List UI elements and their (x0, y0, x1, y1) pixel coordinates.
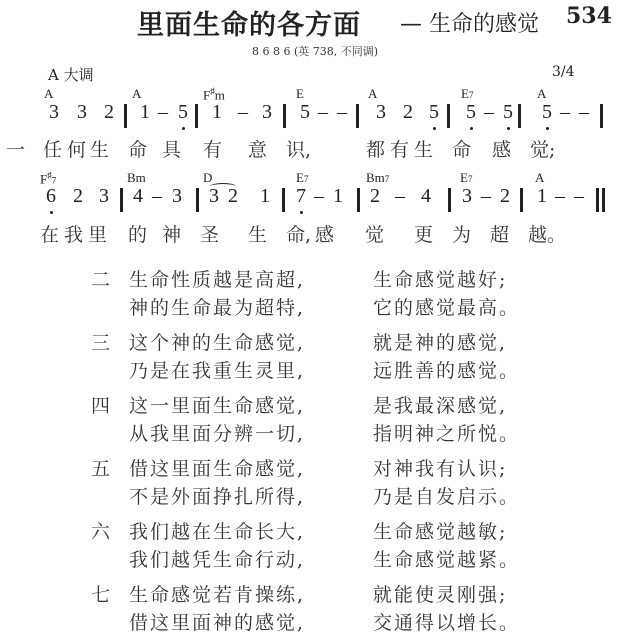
note-number: 3 (262, 101, 272, 124)
lyric-syllable: 识, (286, 135, 311, 162)
meter-info: 8 6 8 6 (英 738, 不同调) (0, 43, 630, 59)
dash-note: – (152, 185, 162, 208)
lyric-syllable: 感 (492, 135, 511, 162)
lower-octave-dot (470, 127, 473, 130)
chord-symbol: Bm (127, 170, 146, 186)
chord-symbol: A (132, 86, 141, 102)
lyric-syllable: 命 (452, 135, 471, 162)
bar-line (196, 188, 199, 212)
lyric-syllable: 感 (315, 220, 334, 247)
note-number: 4 (133, 185, 143, 208)
lyric-syllable: 有 (203, 135, 222, 162)
verse-number: 二 (91, 265, 110, 292)
lyric-syllable: 超 (490, 220, 509, 247)
verse-line-first-half: 生命性质越是高超, (129, 265, 305, 292)
note-number: 3 (49, 101, 59, 124)
lower-octave-dot (300, 211, 303, 214)
lyric-syllable: 生 (90, 135, 109, 162)
verse-line-second-half: 远胜善的感觉。 (373, 356, 520, 383)
bar-line (357, 188, 360, 212)
bar-line (448, 188, 451, 212)
hymn-title: 里面生命的各方面 (137, 3, 361, 42)
verse-number: 六 (91, 517, 110, 544)
lyric-syllable: 觉 (365, 220, 384, 247)
time-signature: 3/4 (552, 64, 575, 80)
chord-symbol: E7 (461, 86, 473, 102)
verse-line-first-half: 神的生命最为超特, (129, 293, 305, 320)
verse-line-second-half: 就是神的感觉, (373, 328, 507, 355)
bar-line (195, 104, 198, 128)
note-number: 5 (300, 101, 310, 124)
note-number: 3 (172, 185, 182, 208)
note-number: 3 (99, 185, 109, 208)
chord-symbol: A (535, 170, 544, 186)
note-number: 1 (212, 101, 222, 124)
note-number: 1 (537, 185, 547, 208)
lyric-syllable: 生 (414, 135, 433, 162)
note-number: 1 (260, 185, 270, 208)
lyric-syllable: 更 (414, 220, 433, 247)
chord-symbol: Bm7 (366, 170, 389, 186)
verse-line-first-half: 我们越在生命长大, (129, 517, 305, 544)
verse-line-first-half: 这一里面生命感觉, (129, 391, 305, 418)
dash-note: – (314, 185, 324, 208)
verse-line-second-half: 生命感觉越紧。 (373, 545, 520, 572)
lower-octave-dot (507, 127, 510, 130)
verse-number: 四 (91, 391, 110, 418)
lyric-syllable: 为 (452, 220, 471, 247)
verse-line-first-half: 从我里面分辨一切, (129, 419, 305, 446)
lyric-syllable: 一 (6, 135, 25, 162)
verse-line-first-half: 借这里面神的感觉, (129, 608, 305, 635)
dash-note: – (158, 101, 168, 124)
hymn-number: 534 (566, 3, 612, 29)
note-number: 3 (77, 101, 87, 124)
note-number: 5 (429, 101, 439, 124)
lyric-syllable: 命, (286, 220, 311, 247)
dash-note: – (238, 101, 248, 124)
lyric-syllable: 都 (366, 135, 385, 162)
dash-note: – (395, 185, 405, 208)
dash-note: – (337, 101, 347, 124)
note-number: 2 (500, 185, 510, 208)
verse-line-second-half: 生命感觉越敏; (373, 517, 507, 544)
note-number: 7 (296, 185, 306, 208)
chord-symbol: A (44, 86, 53, 102)
verse-line-first-half: 生命感觉若肯操练, (129, 580, 305, 607)
chord-symbol: E (296, 86, 304, 102)
note-number: 2 (370, 185, 380, 208)
dash-note: – (555, 185, 565, 208)
dash-note: – (484, 101, 494, 124)
lyric-syllable: 何 (67, 135, 86, 162)
lyric-syllable: 神 (162, 220, 181, 247)
chord-symbol: A (368, 86, 377, 102)
note-number: 4 (421, 185, 431, 208)
chord-symbol: D (203, 170, 212, 186)
chord-symbol: A (537, 86, 546, 102)
note-number: 5 (503, 101, 513, 124)
key-signature: A 大调 (48, 64, 94, 85)
verse-line-second-half: 对神我有认识; (373, 454, 507, 481)
note-number: 2 (73, 185, 83, 208)
verse-line-second-half: 指明神之所悦。 (373, 419, 520, 446)
dash-note: – (574, 185, 584, 208)
note-number: 6 (46, 185, 56, 208)
lyric-syllable: 里 (88, 220, 107, 247)
lower-octave-dot (433, 127, 436, 130)
verse-line-first-half: 借这里面生命感觉, (129, 454, 305, 481)
note-number: 2 (403, 101, 413, 124)
bar-line (518, 104, 521, 128)
lyric-syllable: 任 (43, 135, 62, 162)
lower-octave-dot (182, 127, 185, 130)
verse-line-second-half: 乃是自发启示。 (373, 482, 520, 509)
bar-line (520, 188, 523, 212)
note-number: 3 (462, 185, 472, 208)
bar-line (124, 104, 127, 128)
lyric-syllable: 有 (390, 135, 409, 162)
lyric-syllable: 具 (162, 135, 181, 162)
hymn-subtitle: — 生命的感觉 (400, 7, 539, 38)
lower-octave-dot (546, 127, 549, 130)
note-number: 1 (140, 101, 150, 124)
verse-line-second-half: 是我最深感觉, (373, 391, 507, 418)
tie-slur (210, 183, 236, 190)
note-number: 2 (104, 101, 114, 124)
lyric-syllable: 越。 (528, 220, 566, 247)
final-bar-line (596, 188, 599, 212)
chord-symbol: E7 (296, 170, 308, 186)
bar-line (356, 104, 359, 128)
dash-note: – (481, 185, 491, 208)
verse-number: 三 (91, 328, 110, 355)
lyric-syllable: 圣 (200, 220, 219, 247)
dash-note: – (318, 101, 328, 124)
chord-symbol: E7 (460, 170, 472, 186)
bar-line (600, 104, 603, 128)
verse-line-first-half: 这个神的生命感觉, (129, 328, 305, 355)
note-number: 1 (333, 185, 343, 208)
lower-octave-dot (50, 211, 53, 214)
verse-line-first-half: 乃是在我重生灵里, (129, 356, 305, 383)
bar-line (282, 188, 285, 212)
lyric-syllable: 意 (248, 135, 267, 162)
lyric-syllable: 命 (128, 135, 147, 162)
note-number: 5 (178, 101, 188, 124)
bar-line (283, 104, 286, 128)
verse-number: 七 (91, 580, 110, 607)
dash-note: – (560, 101, 570, 124)
lyric-syllable: 在 (40, 220, 59, 247)
note-number: 5 (542, 101, 552, 124)
lyric-syllable: 生 (248, 220, 267, 247)
verse-line-second-half: 生命感觉越好; (373, 265, 507, 292)
verse-line-second-half: 它的感觉最高。 (373, 293, 520, 320)
verse-line-second-half: 交通得以增长。 (373, 608, 520, 635)
dash-note: – (579, 101, 589, 124)
verse-line-first-half: 我们越凭生命行动, (129, 545, 305, 572)
note-number: 5 (466, 101, 476, 124)
lyric-syllable: 的 (128, 220, 147, 247)
verse-number: 五 (91, 454, 110, 481)
bar-line (447, 104, 450, 128)
final-bar-line (602, 188, 605, 212)
lyric-syllable: 觉; (530, 135, 555, 162)
verse-line-second-half: 就能使灵刚强; (373, 580, 507, 607)
lyric-syllable: 我 (64, 220, 83, 247)
bar-line (120, 188, 123, 212)
verse-line-first-half: 不是外面挣扎所得, (129, 482, 305, 509)
note-number: 3 (376, 101, 386, 124)
